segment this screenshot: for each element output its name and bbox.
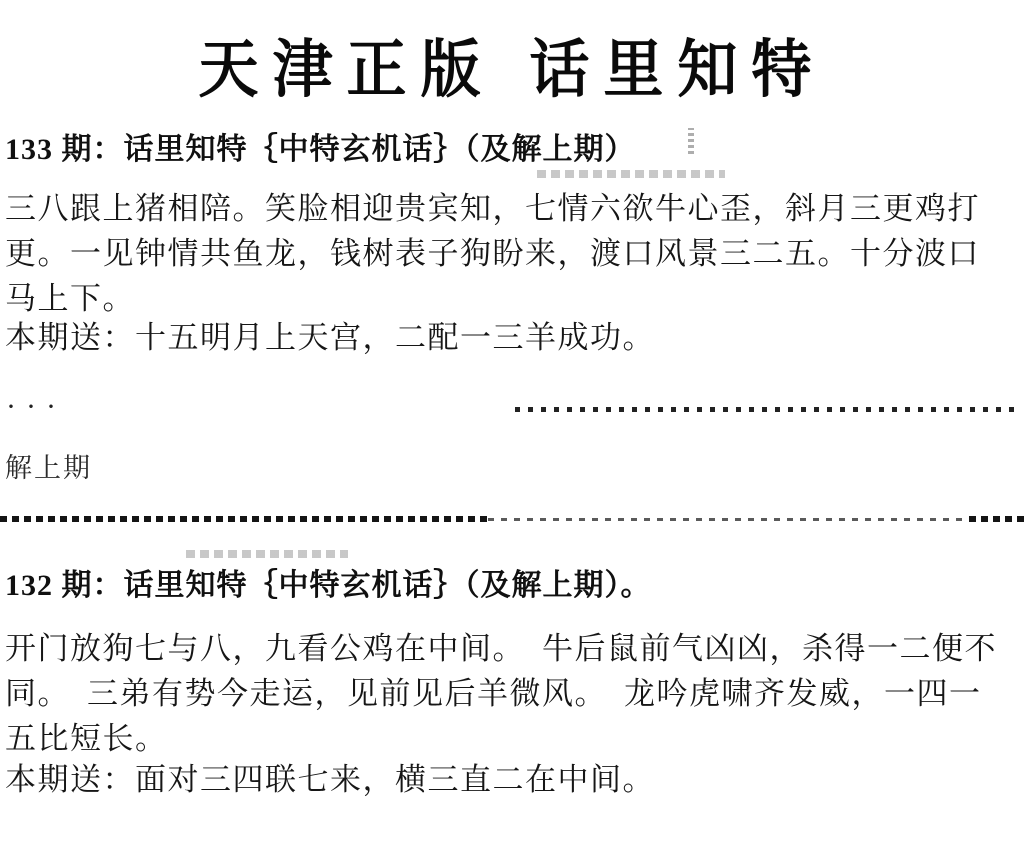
section-133-gift-line: 本期送：十五明月上天宫，二配一三羊成功。 — [5, 318, 1021, 358]
section-133-body: 三八跟上猪相陪。笑脸相迎贵宾知，七情六欲牛心歪，斜月三更鸡打 更。一见钟情共鱼龙… — [5, 186, 1021, 321]
section-132-heading: 132 期：话里知特｛中特玄机话｝（及解上期）。 — [5, 560, 652, 604]
faint-print-artifact — [186, 550, 348, 558]
divider-bold-dotted-segment — [0, 516, 488, 522]
section-132-gift-line: 本期送：面对三四联七来，横三直二在中间。 — [5, 760, 1021, 800]
section-divider-rule — [0, 514, 1024, 524]
scanned-document-page: 天津正版 话里知特 133 期：话里知特｛中特玄机话｝（及解上期） 三八跟上猪相… — [0, 0, 1024, 848]
page-title: 天津正版 话里知特 — [0, 20, 1024, 110]
divider-thin-dashed-segment — [488, 518, 969, 521]
faint-print-artifact — [537, 170, 725, 178]
section-132-body: 开门放狗七与八，九看公鸡在中间。 牛后鼠前气凶凶，杀得一二便不 同。 三弟有势今… — [5, 626, 1021, 761]
dotted-rule-right — [515, 407, 1020, 412]
jie-shangqi-label: 解上期 — [5, 446, 92, 485]
ellipsis-dots: ··· — [6, 390, 66, 424]
print-artifact-mark — [688, 128, 694, 154]
divider-bold-end-segment — [969, 516, 1024, 522]
section-133-heading: 133 期：话里知特｛中特玄机话｝（及解上期） — [5, 124, 636, 168]
